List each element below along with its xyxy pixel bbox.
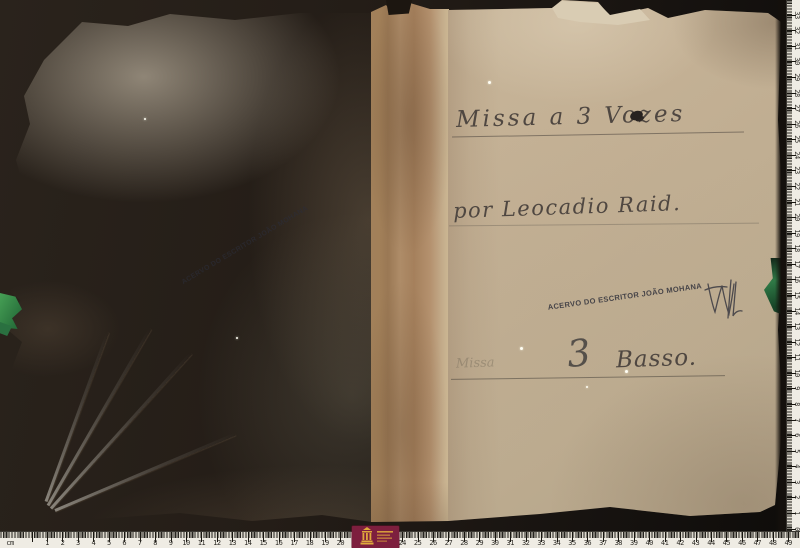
ruler-number: 35 — [565, 539, 579, 547]
ruler-number: 46 — [735, 539, 749, 547]
ruler-number: 11 — [793, 351, 800, 363]
voice-part-name: Basso. — [616, 345, 698, 374]
ruler-number: 12 — [793, 336, 800, 348]
ruler-number: 13 — [793, 320, 800, 332]
ruler-number: 8 — [793, 398, 800, 410]
ruler-number: 2 — [793, 491, 800, 503]
ruler-number: 8 — [148, 539, 162, 547]
ruler-number: 6 — [793, 429, 800, 441]
ruler-number: 19 — [793, 227, 800, 239]
ruler-number: 39 — [627, 539, 641, 547]
ruler-number: 12 — [210, 539, 224, 547]
dust-speck — [236, 337, 238, 339]
joao-mohana-monogram-signature — [700, 278, 746, 320]
ruler-number: 14 — [793, 305, 800, 317]
ruler-number: 19 — [318, 539, 332, 547]
ruler-number: 1 — [40, 539, 54, 547]
ruler-number: 33 — [793, 9, 800, 21]
ruler-number: 25 — [411, 539, 425, 547]
ruler-number: 3 — [71, 539, 85, 547]
ruler-unit-label: cm — [2, 539, 18, 547]
ruler-number: 42 — [673, 539, 687, 547]
dust-speck — [586, 386, 588, 388]
ruler-number: 14 — [241, 539, 255, 547]
ruler-number: 47 — [750, 539, 764, 547]
ruler-number: 37 — [596, 539, 610, 547]
ruler-number: 36 — [580, 539, 594, 547]
ruler-number: 16 — [272, 539, 286, 547]
ruler-number: 5 — [793, 445, 800, 457]
ruler-number: 32 — [519, 539, 533, 547]
ruler-number: 48 — [766, 539, 780, 547]
ruler-number: 43 — [689, 539, 703, 547]
ruler-number: 9 — [793, 382, 800, 394]
ruler-number: 5 — [102, 539, 116, 547]
ruler-number: 28 — [457, 539, 471, 547]
ruler-number: 13 — [225, 539, 239, 547]
building-columns-icon — [352, 526, 399, 548]
ruler-number: 44 — [704, 539, 718, 547]
dust-speck — [144, 118, 146, 120]
ruler-number: 10 — [793, 367, 800, 379]
ruler-number: 25 — [793, 133, 800, 145]
ruler-number: 27 — [441, 539, 455, 547]
ruler-number: 3 — [793, 476, 800, 488]
spine-tear-notch — [386, 0, 412, 15]
ruler-number: 26 — [793, 118, 800, 130]
ruler-number: 21 — [793, 196, 800, 208]
ruler-number: 29 — [472, 539, 486, 547]
ruler-number: 18 — [793, 242, 800, 254]
ruler-number: 32 — [793, 24, 800, 36]
ruler-number: 34 — [550, 539, 564, 547]
ruler-number: 27 — [793, 102, 800, 114]
ruler-number: 45 — [719, 539, 733, 547]
ruler-number: 15 — [256, 539, 270, 547]
ruler-number: 9 — [164, 539, 178, 547]
voice-number: 3 — [565, 331, 593, 376]
ruler-number: 49 — [781, 539, 795, 547]
ruler-number: 20 — [333, 539, 347, 547]
ruler-number: 26 — [426, 539, 440, 547]
ruler-number: 22 — [793, 180, 800, 192]
faint-erased-word: Missa — [456, 355, 495, 371]
archive-logo-badge — [352, 526, 399, 548]
ruler-number: 23 — [793, 164, 800, 176]
dust-speck — [488, 81, 491, 84]
dust-speck — [520, 347, 523, 350]
ruler-number: 31 — [793, 40, 800, 52]
ruler-number: 17 — [793, 258, 800, 270]
ruler-number: 20 — [793, 211, 800, 223]
ruler-number: 15 — [793, 289, 800, 301]
ruler-number: 4 — [86, 539, 100, 547]
ruler-number: 33 — [534, 539, 548, 547]
ruler-cm-tick — [32, 532, 33, 542]
ruler-number: 30 — [793, 55, 800, 67]
ruler-number: 29 — [793, 71, 800, 83]
right-edge-shadow — [775, 0, 786, 534]
vertical-ruler-mm-ticks — [787, 0, 792, 534]
ruler-number: 2 — [55, 539, 69, 547]
ruler-number: 24 — [793, 149, 800, 161]
dust-speck — [625, 370, 628, 373]
ruler-number: 31 — [503, 539, 517, 547]
ruler-number: 17 — [287, 539, 301, 547]
ruler-number: 1 — [793, 507, 800, 519]
ruler-number: 41 — [658, 539, 672, 547]
vertical-ruler: 3332313029282726252423222120191817161514… — [786, 0, 800, 534]
ruler-number: 38 — [611, 539, 625, 547]
ruler-number: 28 — [793, 87, 800, 99]
scanned-manuscript-cover: ACERVO DO ESCRITOR JOÃO MOHANA Missa a 3… — [0, 0, 800, 548]
ruler-number: 6 — [117, 539, 131, 547]
ruler-number: 30 — [488, 539, 502, 547]
horizontal-ruler: cm 1234567891011121314151617181920212223… — [0, 531, 800, 548]
ruler-number: 4 — [793, 460, 800, 472]
ruler-number: 7 — [793, 414, 800, 426]
ruler-number: 7 — [133, 539, 147, 547]
ruler-number: 40 — [642, 539, 656, 547]
ruler-number: 10 — [179, 539, 193, 547]
ruler-number: 11 — [194, 539, 208, 547]
ruler-number: 16 — [793, 273, 800, 285]
ruler-number: 18 — [303, 539, 317, 547]
